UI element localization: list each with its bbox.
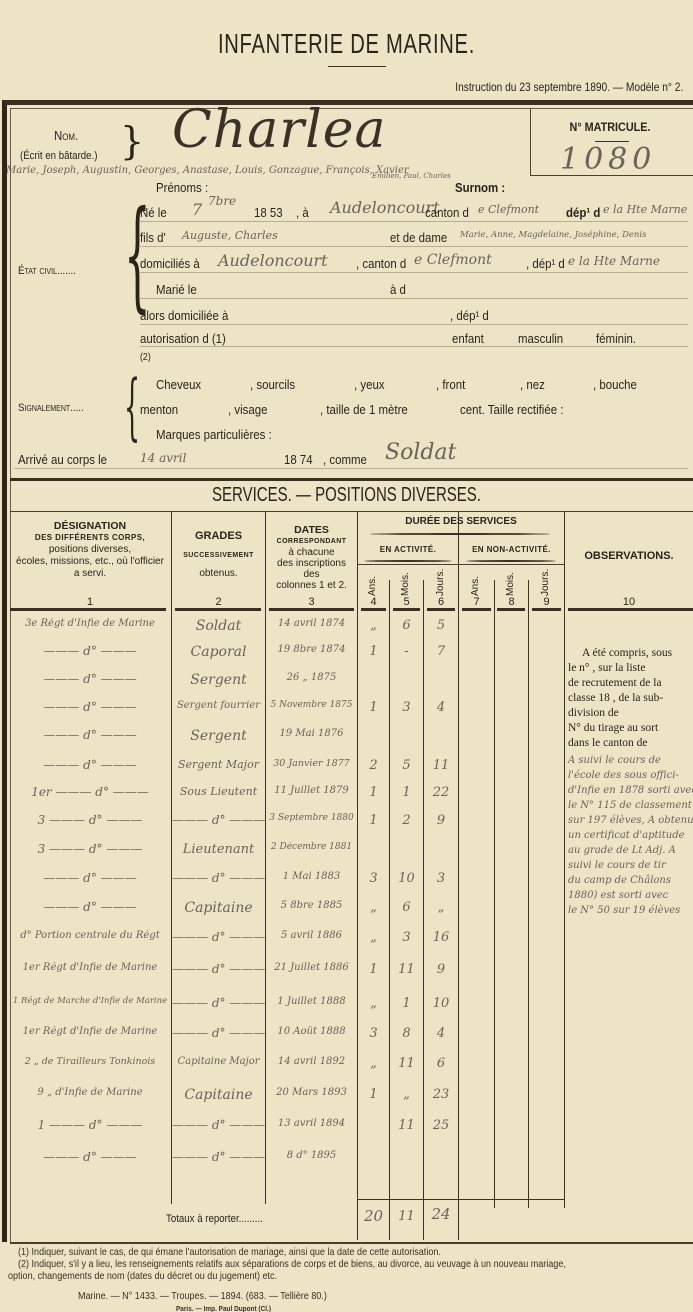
table-row: ——— d° ——— Sergent fourrier 5 Novembre 1… bbox=[10, 700, 564, 730]
section-separator bbox=[10, 478, 693, 481]
mois-header: Mois. bbox=[400, 566, 411, 596]
instruction-reference: Instruction du 23 septembre 1890. — Modè… bbox=[455, 80, 683, 94]
birth-month: 7bre bbox=[208, 194, 236, 208]
table-row: 1 ——— d° ——— ——— d° ——— 13 avril 1894 11… bbox=[10, 1118, 564, 1148]
comme-label: , comme bbox=[323, 452, 367, 467]
totaux-label: Totaux à reporter......... bbox=[166, 1213, 263, 1225]
table-row: ——— d° ——— ——— d° ——— 8 d° 1895 bbox=[10, 1150, 564, 1180]
table-row: ——— d° ——— Sergent Major 30 Janvier 1877… bbox=[10, 758, 564, 788]
observations-printed: A été compris, sous le n° , sur la liste… bbox=[568, 646, 690, 751]
printer: Paris. — Imp. Paul Dupont (Cl.) bbox=[176, 1302, 271, 1312]
cheveux-label: Cheveux bbox=[156, 377, 201, 392]
dept2-label: , dép¹ d bbox=[526, 256, 565, 271]
birthplace: Audeloncourt bbox=[330, 198, 440, 217]
table-row: ——— d° ——— Sergent 19 Mai 1876 bbox=[10, 728, 564, 758]
jours-header: Jours. bbox=[435, 566, 446, 596]
nom-sublabel: (Écrit en bâtarde.) bbox=[20, 150, 97, 162]
father-name: Auguste, Charles bbox=[182, 229, 278, 242]
arrive-label: Arrivé au corps le bbox=[18, 452, 107, 467]
masculin-label: masculin bbox=[518, 331, 563, 346]
canton2-label: , canton d bbox=[356, 256, 406, 271]
fils-label: fils d' bbox=[140, 230, 166, 245]
total-mois: 11 bbox=[390, 1209, 423, 1224]
mois-header-2: Mois. bbox=[505, 566, 516, 596]
ne-le-label: Né le bbox=[140, 205, 167, 220]
marie-label: Marié le bbox=[156, 282, 197, 297]
a-label: , à bbox=[296, 205, 309, 220]
arrive-year: 18 74 bbox=[284, 452, 313, 467]
table-row: 1er Régt d'Infie de Marine ——— d° ——— 10… bbox=[10, 1026, 564, 1056]
prenoms-label: Prénoms : bbox=[156, 180, 208, 195]
signalement-label: Signalement..... bbox=[18, 402, 84, 414]
nom-value: Charlea bbox=[172, 100, 387, 160]
table-row: 9 „ d'Infie de Marine Capitaine 20 Mars … bbox=[10, 1087, 564, 1117]
matricule-value: 1080 bbox=[560, 142, 656, 177]
observations-header: OBSERVATIONS. bbox=[565, 550, 693, 562]
etat-civil-label: État civil....... bbox=[18, 265, 76, 277]
ans-header-2: Ans. bbox=[470, 566, 481, 596]
arrive-date: 14 avril bbox=[140, 451, 186, 465]
dept2-value: e la Hte Marne bbox=[568, 254, 660, 268]
enfant-label: enfant bbox=[452, 331, 484, 346]
total-ans: 20 bbox=[358, 1207, 389, 1225]
en-activite-header: EN ACTIVITÉ. bbox=[358, 544, 458, 556]
dept3-label: , dép¹ d bbox=[450, 308, 489, 323]
domicilies-label: domiciliés à bbox=[140, 256, 200, 271]
canton-label: canton d bbox=[425, 205, 469, 220]
col1-header: DÉSIGNATION DES DIFFÉRENTS CORPS, positi… bbox=[10, 520, 170, 580]
yeux-label: , yeux bbox=[354, 377, 385, 392]
table-row: ——— d° ——— Caporal 19 8bre 1874 1 - 7 bbox=[10, 644, 564, 674]
jours-header-2: Jours. bbox=[540, 566, 551, 596]
table-row: 1er Régt d'Infie de Marine ——— d° ——— 21… bbox=[10, 962, 564, 992]
autorisation-label: autorisation d (1) bbox=[140, 331, 226, 346]
visage-label: , visage bbox=[228, 402, 267, 417]
birth-day: 7 bbox=[192, 200, 202, 219]
nez-label: , nez bbox=[520, 377, 545, 392]
ans-header: Ans. bbox=[367, 566, 378, 596]
services-title: SERVICES. — POSITIONS DIVERSES. bbox=[87, 484, 607, 507]
table-row: d° Portion centrale du Régt ——— d° ——— 5… bbox=[10, 930, 564, 960]
table-row: 3 ——— d° ——— Lieutenant 2 Décembre 1881 bbox=[10, 842, 564, 872]
note2-marker: (2) bbox=[140, 352, 151, 363]
table-row: 1er ——— d° ——— Sous Lieutent 11 Juillet … bbox=[10, 785, 564, 815]
table-row: ——— d° ——— Capitaine 5 8bre 1885 „ 6 „ bbox=[10, 900, 564, 930]
dept-label: dép¹ d bbox=[566, 205, 600, 220]
dept-value: e la Hte Marne bbox=[603, 203, 687, 216]
prenoms-value-2: Emilien, Paul, Charles bbox=[372, 172, 451, 180]
duree-header: DURÉE DES SERVICES bbox=[358, 516, 564, 528]
en-non-activite-header: EN NON-ACTIVITÉ. bbox=[459, 544, 564, 556]
a-d-label: à d bbox=[390, 282, 406, 297]
sourcils-label: , sourcils bbox=[250, 377, 295, 392]
canton-value: e Clefmont bbox=[478, 203, 539, 216]
mother-label: et de dame bbox=[390, 230, 447, 245]
footnote-2b: option, changements de nom (dates du déc… bbox=[8, 1270, 277, 1283]
domicile-value: Audeloncourt bbox=[218, 251, 328, 270]
prenoms-value: Marie, Joseph, Augustin, Georges, Anasta… bbox=[6, 165, 409, 176]
table-row: 2 „ de Tirailleurs Tonkinois Capitaine M… bbox=[10, 1056, 564, 1086]
taille-label: , taille de 1 mètre bbox=[320, 402, 408, 417]
table-row: ——— d° ——— Sergent 26 „ 1875 bbox=[10, 672, 564, 702]
feminin-label: féminin. bbox=[596, 331, 636, 346]
surnom-label: Surnom : bbox=[455, 180, 505, 195]
col3-header: DATES CORRESPONDANT à chacune des inscri… bbox=[266, 525, 357, 591]
alors-domiciliee-label: alors domiciliée à bbox=[140, 308, 228, 323]
canton2-value: e Clefmont bbox=[414, 252, 492, 268]
mother-name: Marie, Anne, Magdelaine, Joséphine, Deni… bbox=[460, 230, 646, 240]
matricule-label: N° MATRICULE. bbox=[538, 120, 682, 134]
marques-label: Marques particulières : bbox=[156, 427, 272, 442]
total-jours: 24 bbox=[424, 1205, 458, 1223]
menton-label: menton bbox=[140, 402, 178, 417]
bouche-label: , bouche bbox=[593, 377, 637, 392]
birth-year: 18 53 bbox=[254, 205, 283, 220]
table-row: 3 ——— d° ——— ——— d° ——— 3 Septembre 1880… bbox=[10, 813, 564, 843]
document-title: INFANTERIE DE MARINE. bbox=[97, 28, 596, 60]
nom-label: Nom. bbox=[54, 128, 78, 143]
comme-value: Soldat bbox=[385, 440, 456, 465]
nom-brace: } bbox=[120, 122, 144, 160]
col2-header: GRADES SUCCESSIVEMENT obtenus. bbox=[172, 530, 265, 580]
taille-rectifiee-label: cent. Taille rectifiée : bbox=[460, 402, 563, 417]
title-rule bbox=[328, 66, 386, 67]
observations-handwritten: A suivi le cours de l'école des sous off… bbox=[568, 753, 692, 918]
table-row: ——— d° ——— ——— d° ——— 1 Mai 1883 3 10 3 bbox=[10, 871, 564, 901]
signalement-brace: { bbox=[124, 370, 140, 442]
table-row: 1 Régt de Marche d'Infie de Marine ——— d… bbox=[10, 996, 564, 1026]
front-label: , front bbox=[436, 377, 465, 392]
